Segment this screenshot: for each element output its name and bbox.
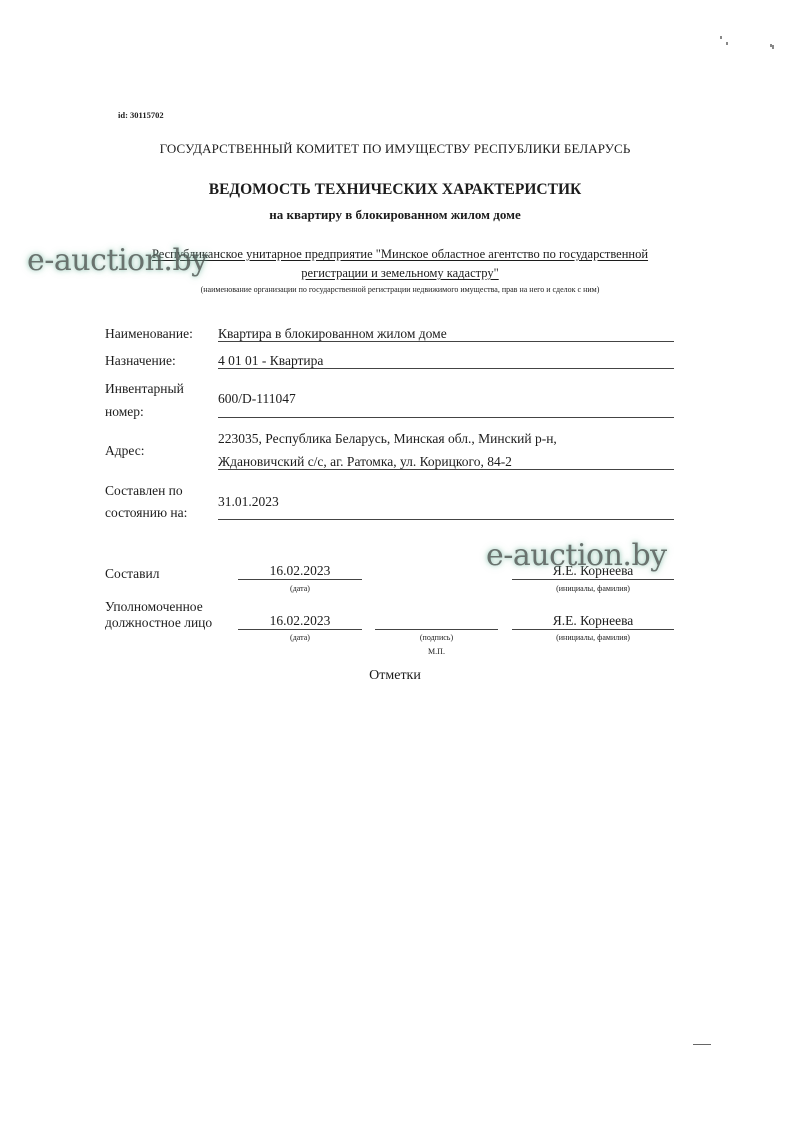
organization-line-2: регистрации и земельному кадастру" xyxy=(301,266,498,280)
document-id: id: 30115702 xyxy=(118,110,164,120)
compiled-date-caption: (дата) xyxy=(238,584,362,593)
authorized-name-line xyxy=(512,629,674,630)
authorized-date-caption: (дата) xyxy=(238,633,362,642)
as-of-value: 31.01.2023 xyxy=(218,491,279,513)
authorized-label-2: должностное лицо xyxy=(105,615,212,631)
inventory-label-1: Инвентарный xyxy=(105,378,184,400)
compiled-date: 16.02.2023 xyxy=(238,563,362,579)
authorized-label-1: Уполномоченное xyxy=(105,599,203,615)
document-title: ВЕДОМОСТЬ ТЕХНИЧЕСКИХ ХАРАКТЕРИСТИК xyxy=(0,181,790,199)
address-rule xyxy=(218,469,674,470)
committee-heading: ГОСУДАРСТВЕННЫЙ КОМИТЕТ ПО ИМУЩЕСТВУ РЕС… xyxy=(0,141,790,157)
authorized-name: Я.Е. Корнеева xyxy=(512,613,674,629)
compiled-name-line xyxy=(512,579,674,580)
inventory-label-2: номер: xyxy=(105,401,144,423)
compiled-name-caption: (инициалы, фамилия) xyxy=(512,584,674,593)
watermark-right: e-auction.by xyxy=(486,538,667,573)
compiled-date-line xyxy=(238,579,362,580)
signature-caption: (подпись) xyxy=(375,633,498,642)
compiled-label: Составил xyxy=(105,566,159,582)
inventory-value: 600/D-111047 xyxy=(218,388,296,410)
document-subtitle: на квартиру в блокированном жилом доме xyxy=(0,207,790,223)
scan-mark xyxy=(693,1044,711,1045)
marks-heading: Отметки xyxy=(0,668,790,684)
purpose-rule xyxy=(218,368,674,369)
authorized-name-caption: (инициалы, фамилия) xyxy=(512,633,674,642)
organization-line-1: Республиканское унитарное предприятие "М… xyxy=(152,247,648,261)
signature-line xyxy=(375,629,498,630)
name-rule xyxy=(218,341,674,342)
as-of-label-2: состоянию на: xyxy=(105,502,187,524)
scan-speck xyxy=(720,36,722,39)
purpose-label: Назначение: xyxy=(105,350,176,372)
stamp-label: М.П. xyxy=(375,647,498,656)
scan-speck xyxy=(726,42,728,45)
address-label: Адрес: xyxy=(105,440,144,462)
name-label: Наименование: xyxy=(105,323,193,345)
as-of-rule xyxy=(218,519,674,520)
inventory-rule xyxy=(218,417,674,418)
as-of-label-1: Составлен по xyxy=(105,480,183,502)
address-value-1: 223035, Республика Беларусь, Минская обл… xyxy=(218,428,557,450)
scan-speck xyxy=(772,45,774,49)
authorized-date-line xyxy=(238,629,362,630)
watermark-top-left: e-auction.by xyxy=(27,243,208,278)
organization-caption: (наименование организации по государстве… xyxy=(100,285,700,294)
authorized-date: 16.02.2023 xyxy=(238,613,362,629)
